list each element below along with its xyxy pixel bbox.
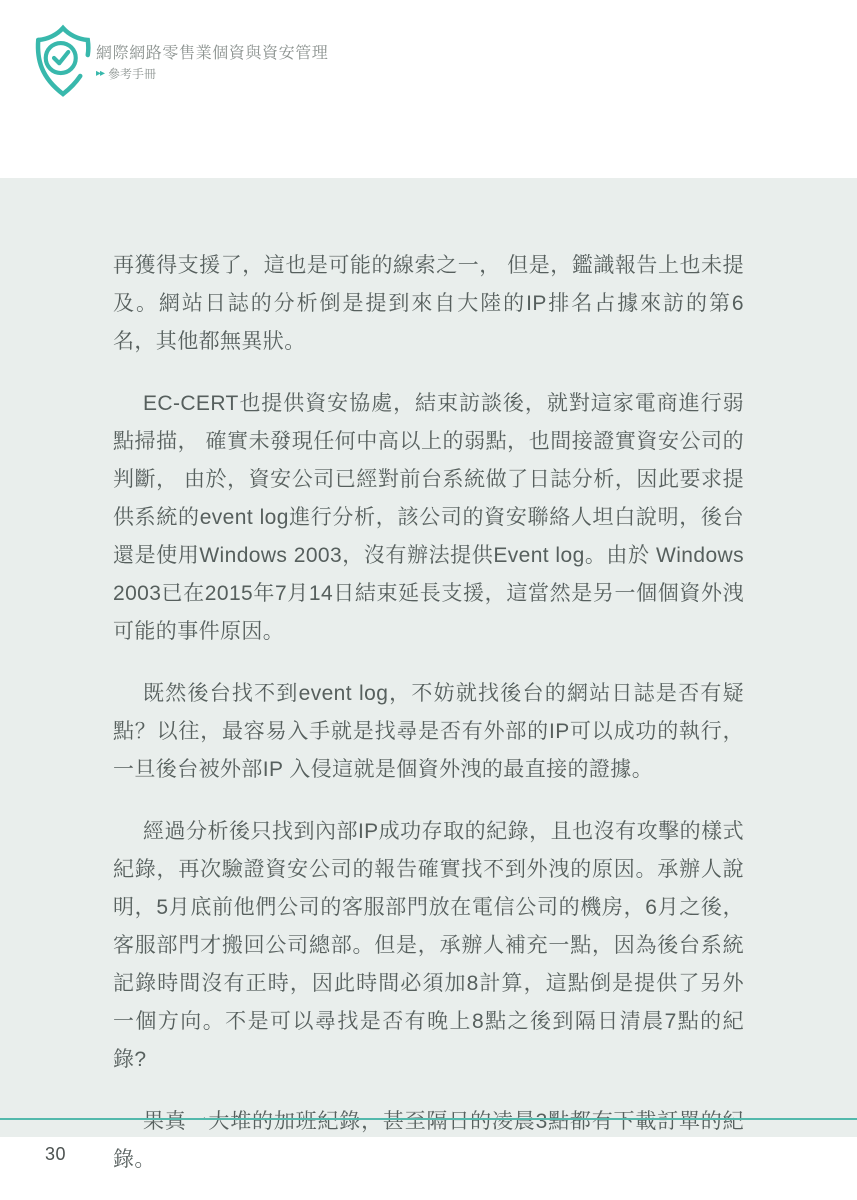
content-panel: 再獲得支援了，這也是可能的線索之一， 但是，鑑識報告上也未提及。網站日誌的分析倒… bbox=[0, 178, 857, 1137]
paragraph-4: 經過分析後只找到內部IP成功存取的紀錄，且也沒有攻擊的樣式紀錄，再次驗證資安公司… bbox=[113, 813, 744, 1079]
page-footer: 30 bbox=[45, 1144, 66, 1165]
shield-check-icon bbox=[27, 22, 99, 100]
paragraph-1: 再獲得支援了，這也是可能的線索之一， 但是，鑑識報告上也未提及。網站日誌的分析倒… bbox=[113, 247, 744, 361]
document-title: 網際網路零售業個資與資安管理 bbox=[96, 44, 328, 64]
header-text-block: 網際網路零售業個資與資安管理 ▸▸ 參考手冊 bbox=[96, 44, 328, 81]
bottom-accent-rule bbox=[0, 1118, 857, 1120]
document-subtitle-label: 參考手冊 bbox=[108, 67, 156, 81]
document-subtitle: ▸▸ 參考手冊 bbox=[96, 67, 328, 81]
page-header: 網際網路零售業個資與資安管理 ▸▸ 參考手冊 bbox=[0, 0, 857, 178]
double-chevron-icon: ▸▸ bbox=[96, 67, 104, 81]
paragraph-5: 果真一大堆的加班紀錄，甚至隔日的凌晨3點都有下載訂單的紀錄。 bbox=[113, 1103, 744, 1179]
paragraph-3: 既然後台找不到event log，不妨就找後台的網站日誌是否有疑點？以往，最容易… bbox=[113, 675, 744, 789]
paragraph-2: EC-CERT也提供資安協處，結束訪談後，就對這家電商進行弱點掃描， 確實未發現… bbox=[113, 385, 744, 651]
page-number: 30 bbox=[45, 1144, 66, 1164]
